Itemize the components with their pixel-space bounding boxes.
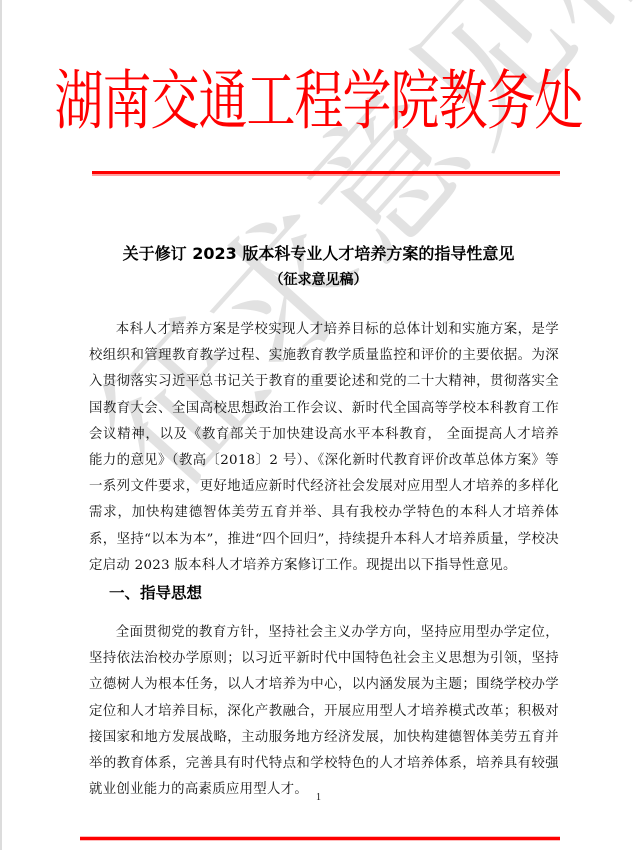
letterhead-title: 湖南交通工程学院教务处 bbox=[54, 49, 582, 155]
footer-red-rule bbox=[80, 837, 560, 840]
document-page: 征求意见稿 湖南交通工程学院教务处 关于修订 2023 版本科专业人才培养方案的… bbox=[2, 0, 635, 850]
letterhead: 湖南交通工程学院教务处 bbox=[2, 62, 635, 142]
section-heading-guiding-ideology: 一、指导思想 bbox=[109, 582, 202, 604]
document-title: 关于修订 2023 版本科专业人才培养方案的指导性意见 bbox=[2, 243, 635, 265]
page-number: 1 bbox=[2, 792, 635, 803]
letterhead-red-rule bbox=[92, 171, 560, 174]
intro-paragraph: 本科人才培养方案是学校实现人才培养目标的总体计划和实施方案，是学校组织和管理教育… bbox=[89, 317, 559, 579]
document-subtitle: （征求意见稿） bbox=[2, 270, 635, 290]
section-paragraph: 全面贯彻党的教育方针，坚持社会主义办学方向，坚持应用型办学定位，坚持依法治校办学… bbox=[89, 620, 559, 803]
